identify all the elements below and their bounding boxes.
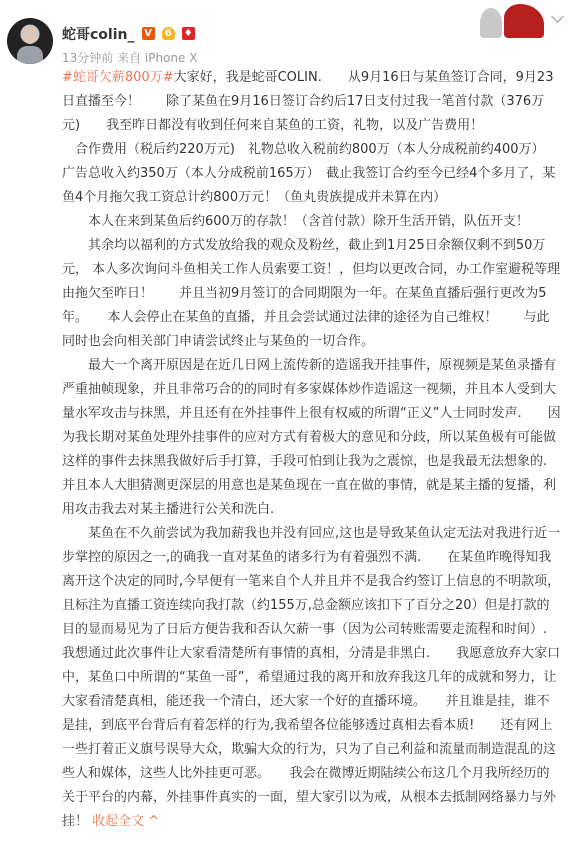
post-header: 蛇哥colin_ V 6 ♦ 13分钟前 来自 iPhone X xyxy=(62,23,197,66)
paragraph-6: 某鱼在不久前尝试为我加薪我也并没有回应,这也是导致某鱼认定无法对我进行近一步掌控… xyxy=(62,522,562,834)
post-meta[interactable]: 13分钟前 来自 iPhone X xyxy=(62,49,197,66)
post-content: #蛇哥欠薪800万#大家好，我是蛇哥COLIN. 从9月16日与某鱼签订合同，9… xyxy=(62,66,562,834)
avatar-head xyxy=(23,26,37,44)
decoration-card-image xyxy=(478,2,546,38)
avatar-figure xyxy=(17,46,43,64)
paragraph-1: #蛇哥欠薪800万#大家好，我是蛇哥COLIN. 从9月16日与某鱼签订合同，9… xyxy=(62,66,562,138)
paragraph-2: 合作费用（税后约220万元) 礼物总收入税前约800万（本人分成税前约400万）… xyxy=(62,138,562,210)
decor-character-icon xyxy=(480,8,502,38)
avatar[interactable] xyxy=(7,18,53,64)
paragraph-3: 本人在来到某鱼后约600万的存款！（含首付款）除开生活开销，队伍开支！ xyxy=(62,210,562,234)
decor-demon-icon xyxy=(504,4,544,38)
collapse-full-text-link[interactable]: 收起全文 ^ xyxy=(92,814,159,829)
paragraph-4: 其余均以福利的方式发放给我的观众及粉丝，截止到1月25日余额仅剩不到50万元， … xyxy=(62,234,562,354)
hashtag-link[interactable]: #蛇哥欠薪800万# xyxy=(62,70,174,85)
chevron-down-icon[interactable] xyxy=(551,10,564,23)
paragraph-5: 最大一个离开原因是在近几日网上流传新的造谣我开挂事件，原视频是某鱼录播有严重抽帧… xyxy=(62,354,562,522)
username-link[interactable]: 蛇哥colin_ xyxy=(62,24,134,44)
red-envelope-icon[interactable]: ♦ xyxy=(182,27,195,40)
verified-v-icon[interactable]: V xyxy=(142,27,155,40)
member-crown-icon[interactable]: 6 xyxy=(162,27,175,40)
